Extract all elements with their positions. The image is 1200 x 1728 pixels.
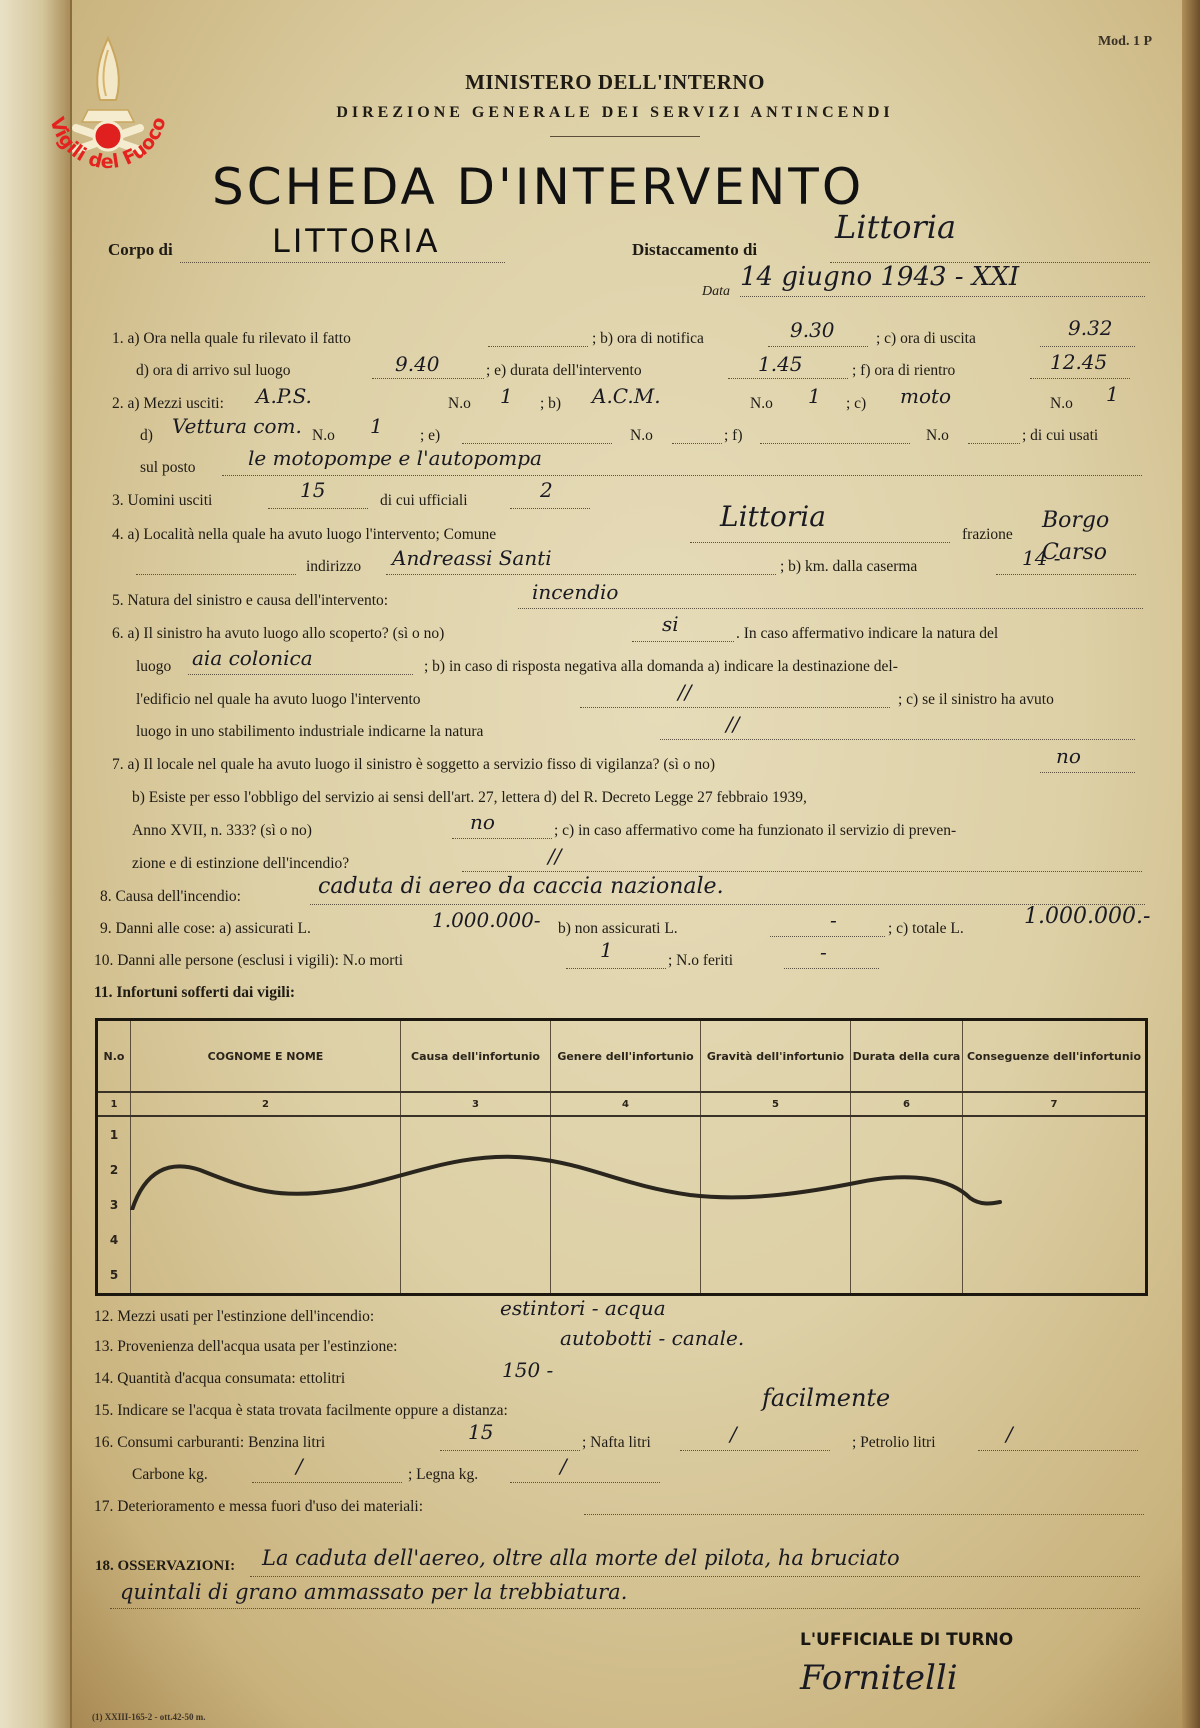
s16-legna-line: [510, 1482, 660, 1483]
column-header: Conseguenze dell'infortunio: [963, 1020, 1147, 1093]
s3-line: [268, 508, 368, 509]
table-cell[interactable]: [963, 1116, 1147, 1294]
s17-label: 17. Deterioramento e messa fuori d'uso d…: [94, 1498, 423, 1516]
s4-indirizzo-label: indirizzo: [306, 558, 361, 576]
table-cell[interactable]: [701, 1116, 851, 1294]
s8-label: 8. Causa dell'incendio:: [100, 888, 241, 906]
s10-label: 10. Danni alle persone (esclusi i vigili…: [94, 952, 403, 970]
distaccamento-label: Distaccamento di: [632, 240, 757, 260]
s2-a-no-label: N.o: [448, 395, 471, 413]
s10-feriti-field[interactable]: -: [820, 940, 827, 964]
s7-c-field[interactable]: //: [548, 844, 561, 868]
s1-c-line: [1040, 346, 1135, 347]
s16-petrolio-field[interactable]: /: [1006, 1422, 1013, 1446]
s16-legna-field[interactable]: /: [560, 1454, 567, 1478]
s2-a-no-field[interactable]: 1: [500, 384, 513, 408]
s14-field[interactable]: 150 -: [502, 1358, 553, 1382]
column-number: 7: [963, 1092, 1147, 1116]
s9-a-field[interactable]: 1.000.000-: [432, 908, 541, 932]
s4-label: 4. a) Località nella quale ha avuto luog…: [112, 526, 496, 544]
s1-e-label: ; e) durata dell'intervento: [486, 362, 642, 380]
s2-c-no-label: N.o: [1050, 395, 1073, 413]
s18-line-2: [110, 1608, 1140, 1609]
s2-b-label: ; b): [540, 395, 561, 413]
s16-petrolio-label: ; Petrolio litri: [852, 1434, 936, 1452]
s2-b-field[interactable]: A.C.M.: [592, 384, 661, 408]
s14-label: 14. Quantità d'acqua consumata: ettolitr…: [94, 1370, 345, 1388]
s2-e-label: ; e): [420, 427, 440, 445]
s6-c-line: [660, 739, 1135, 740]
s7-b-label2: Anno XVII, n. 333? (sì o no): [132, 822, 312, 840]
s3-label: 3. Uomini usciti: [112, 492, 212, 510]
s3-officers-label: di cui ufficiali: [380, 492, 468, 510]
s1-b-label: ; b) ora di notifica: [592, 330, 704, 348]
distaccamento-field[interactable]: Littoria: [835, 208, 956, 246]
s2-a-label: 2. a) Mezzi usciti:: [112, 395, 224, 413]
s7-c-label: ; c) in caso affermativo come ha funzion…: [554, 822, 956, 840]
s15-label: 15. Indicare se l'acqua è stata trovata …: [94, 1402, 508, 1420]
s2-b-no-label: N.o: [750, 395, 773, 413]
s4-comune-line: [690, 542, 950, 543]
s6-c-label: ; c) se il sinistro ha avuto: [898, 691, 1054, 709]
column-number: 1: [97, 1092, 131, 1116]
s1-f-field[interactable]: 12.45: [1050, 350, 1107, 374]
s7-b-line: [452, 838, 552, 839]
s4-frazione-label: frazione: [962, 526, 1013, 544]
s1-a-label: 1. a) Ora nella quale fu rilevato il fat…: [112, 330, 351, 348]
document-page: Vigili del Fuoco Mod. 1 P MINISTERO DELL…: [0, 0, 1200, 1728]
s2-d-field[interactable]: Vettura com.: [172, 414, 302, 438]
s2-e-no-field[interactable]: [672, 443, 722, 444]
column-header: Causa dell'infortunio: [401, 1020, 551, 1093]
s16-petrolio-line: [978, 1450, 1138, 1451]
s13-label: 13. Provenienza dell'acqua usata per l'e…: [94, 1338, 397, 1356]
row-number: 4: [98, 1233, 130, 1247]
s16-benzina-line: [440, 1450, 580, 1451]
s18-field-line2[interactable]: quintali di grano ammassato per la trebb…: [120, 1580, 627, 1604]
row-numbers: 12345: [98, 1117, 130, 1293]
paper-right-edge: [1182, 0, 1200, 1728]
s6-luogo-field[interactable]: aia colonica: [192, 646, 313, 670]
s7-a-label: 7. a) Il locale nel quale ha avuto luogo…: [112, 756, 715, 774]
form-title: SCHEDA D'INTERVENTO: [212, 158, 864, 216]
s4-comune-field[interactable]: Littoria: [720, 500, 826, 533]
s9-c-field[interactable]: 1.000.000.-: [1024, 904, 1150, 929]
s8-line: [310, 904, 1145, 905]
s2-d-no-label: N.o: [312, 427, 335, 445]
s16-carbone-line: [252, 1482, 402, 1483]
s13-field[interactable]: autobotti - canale.: [560, 1326, 744, 1350]
column-header: Genere dell'infortunio: [551, 1020, 701, 1093]
column-number: 2: [131, 1092, 401, 1116]
s8-field[interactable]: caduta di aereo da caccia nazionale.: [318, 874, 724, 899]
s16-label: 16. Consumi carburanti: Benzina litri: [94, 1434, 325, 1452]
column-header: COGNOME E NOME: [131, 1020, 401, 1093]
s2-c-field[interactable]: moto: [900, 384, 951, 408]
s2-d-label: d): [140, 427, 153, 445]
row-number: 2: [98, 1163, 130, 1177]
s4-km-label: ; b) km. dalla caserma: [780, 558, 917, 576]
s4-km-line: [996, 574, 1136, 575]
s6-b-field[interactable]: //: [678, 680, 691, 704]
s15-field[interactable]: facilmente: [762, 1384, 890, 1412]
s10-morti-line: [566, 968, 666, 969]
s10-morti-field[interactable]: 1: [600, 938, 613, 962]
s7-c-line: [462, 871, 1142, 872]
s6-luogo-label: luogo: [136, 658, 171, 676]
corpo-field[interactable]: LITTORIA: [272, 222, 441, 260]
s2-f-no-label: N.o: [926, 427, 949, 445]
table-cell: 12345: [97, 1116, 131, 1294]
s2-posto-label: sul posto: [140, 459, 196, 477]
s2-a-field[interactable]: A.P.S.: [256, 384, 312, 408]
s1-d-line: [372, 378, 484, 379]
s3-officers-line: [510, 508, 590, 509]
s2-f-label: ; f): [724, 427, 743, 445]
s2-f-field[interactable]: [760, 443, 910, 444]
column-number: 4: [551, 1092, 701, 1116]
column-number: 6: [851, 1092, 963, 1116]
s2-used-label: ; di cui usati: [1022, 427, 1098, 445]
s16-carbone-field[interactable]: /: [296, 1454, 303, 1478]
s1-c-label: ; c) ora di uscita: [876, 330, 976, 348]
s16-nafta-line: [680, 1450, 830, 1451]
s18-field-line1[interactable]: La caduta dell'aereo, oltre alla morte d…: [262, 1546, 900, 1570]
s1-e-field[interactable]: 1.45: [758, 352, 803, 376]
model-code: Mod. 1 P: [1098, 34, 1152, 50]
table-cell[interactable]: [131, 1116, 401, 1294]
directorate-heading: DIREZIONE GENERALE DEI SERVIZI ANTINCEND…: [0, 104, 1200, 122]
s2-d-no-field[interactable]: 1: [370, 414, 383, 438]
heading-rule: [550, 136, 700, 137]
s2-c-no-field[interactable]: 1: [1106, 382, 1119, 406]
s18-line-1: [250, 1576, 1140, 1577]
date-field[interactable]: 14 giugno 1943 - XXI: [740, 262, 1019, 292]
s9-b-label: b) non assicurati L.: [558, 920, 678, 938]
s1-a-field[interactable]: [488, 346, 588, 347]
s5-label: 5. Natura del sinistro e causa dell'inte…: [112, 592, 388, 610]
corpo-line: [180, 262, 505, 263]
column-header: Durata della cura: [851, 1020, 963, 1093]
s7-a-field[interactable]: no: [1056, 744, 1081, 768]
s2-e-no-label: N.o: [630, 427, 653, 445]
s6-c-field[interactable]: //: [726, 712, 739, 736]
s9-label: 9. Danni alle cose: a) assicurati L.: [100, 920, 311, 938]
s16-legna-label: ; Legna kg.: [408, 1466, 478, 1484]
s7-b-label: b) Esiste per esso l'obbligo del servizi…: [132, 789, 807, 807]
s6-b-line: [580, 707, 890, 708]
s5-field[interactable]: incendio: [532, 580, 618, 604]
s6-luogo-line: [188, 674, 413, 675]
s4-indirizzo-field[interactable]: Andreassi Santi: [392, 546, 552, 570]
signature-field[interactable]: Fornitelli: [800, 1658, 958, 1698]
column-header: N.o: [97, 1020, 131, 1093]
s6-b-label2: l'edificio nel quale ha avuto luogo l'in…: [136, 691, 421, 709]
s4-km-field[interactable]: 14 -: [1022, 546, 1061, 570]
s9-b-line: [770, 936, 885, 937]
injuries-table: N.oCOGNOME E NOMECausa dell'infortunioGe…: [95, 1018, 1148, 1296]
s1-f-line: [1030, 378, 1130, 379]
s7-a-line: [1040, 772, 1135, 773]
s1-b-line: [768, 346, 868, 347]
s6-a-field[interactable]: si: [662, 612, 679, 636]
s1-d-field[interactable]: 9.40: [395, 352, 440, 376]
s3-officers-field[interactable]: 2: [540, 478, 553, 502]
table-cell[interactable]: [551, 1116, 701, 1294]
print-code: (1) XXIII-165-2 - ott.42-50 m.: [92, 1712, 205, 1722]
s2-b-no-field[interactable]: 1: [808, 384, 821, 408]
date-label: Data: [702, 284, 730, 300]
s5-line: [518, 608, 1143, 609]
s1-e-line: [728, 378, 848, 379]
signature-label: L'UFFICIALE DI TURNO: [800, 1630, 1013, 1650]
s2-posto-line: [222, 475, 1142, 476]
row-number: 3: [98, 1198, 130, 1212]
table-cell[interactable]: [851, 1116, 963, 1294]
s16-carbone-label: Carbone kg.: [132, 1466, 208, 1484]
s1-d-label: d) ora di arrivo sul luogo: [136, 362, 291, 380]
s10-feriti-label: ; N.o feriti: [668, 952, 733, 970]
s2-posto-field[interactable]: le motopompe e l'autopompa: [248, 446, 542, 470]
s2-e-field[interactable]: [462, 443, 612, 444]
s6-b-label: ; b) in caso di risposta negativa alla d…: [424, 658, 898, 676]
s17-field[interactable]: [584, 1514, 1144, 1515]
s16-nafta-label: ; Nafta litri: [582, 1434, 651, 1452]
s2-f-no-field[interactable]: [968, 443, 1020, 444]
s7-b-field[interactable]: no: [470, 810, 495, 834]
s1-f-label: ; f) ora di rientro: [852, 362, 955, 380]
s6-a-line: [632, 641, 734, 642]
table-cell[interactable]: [401, 1116, 551, 1294]
row-number: 1: [98, 1128, 130, 1142]
paper-left-edge: [0, 0, 72, 1728]
column-number: 5: [701, 1092, 851, 1116]
s6-c-label2: luogo in uno stabilimento industriale in…: [136, 723, 483, 741]
s1-c-field[interactable]: 9.32: [1068, 316, 1113, 340]
s12-label: 12. Mezzi usati per l'estinzione dell'in…: [94, 1308, 374, 1326]
s4-frazione-line: [136, 574, 296, 575]
s9-b-field[interactable]: -: [830, 908, 837, 932]
s16-benzina-field[interactable]: 15: [468, 1420, 493, 1444]
s18-label: 18. OSSERVAZIONI:: [95, 1558, 235, 1575]
row-number: 5: [98, 1268, 130, 1282]
s9-c-label: ; c) totale L.: [888, 920, 964, 938]
s10-feriti-line: [784, 968, 879, 969]
s16-nafta-field[interactable]: /: [730, 1422, 737, 1446]
s1-b-field[interactable]: 9.30: [790, 318, 835, 342]
s3-field[interactable]: 15: [300, 478, 325, 502]
ministry-heading: MINISTERO DELL'INTERNO: [0, 70, 1200, 95]
corpo-label: Corpo di: [108, 240, 173, 260]
column-number: 3: [401, 1092, 551, 1116]
s7-c-label2: zione e di estinzione dell'incendio?: [132, 855, 349, 873]
s2-c-label: ; c): [846, 395, 866, 413]
s6-a-label: 6. a) Il sinistro ha avuto luogo allo sc…: [112, 625, 444, 643]
date-line: [740, 296, 1145, 297]
s12-field[interactable]: estintori - acqua: [500, 1296, 666, 1320]
s11-label: 11. Infortuni sofferti dai vigili:: [94, 984, 295, 1002]
column-header: Gravità dell'infortunio: [701, 1020, 851, 1093]
s6-a-tail: . In caso affermativo indicare la natura…: [736, 625, 998, 643]
s4-indirizzo-line: [386, 574, 776, 575]
